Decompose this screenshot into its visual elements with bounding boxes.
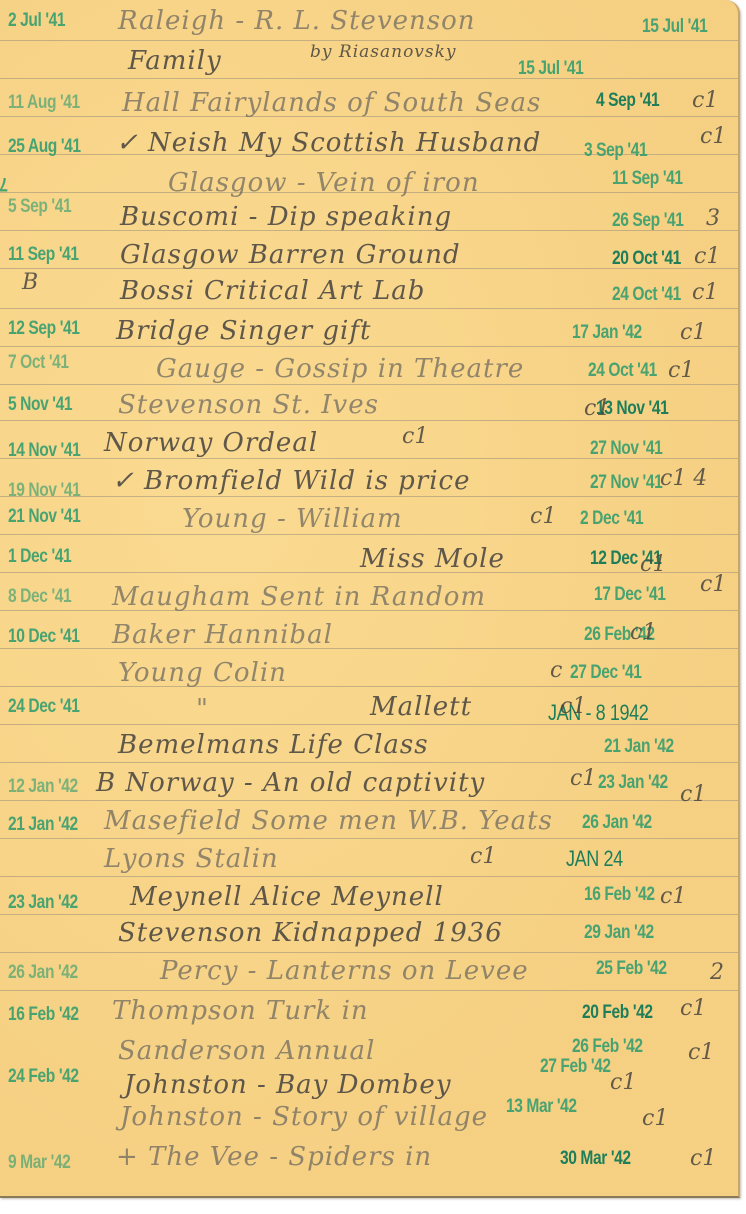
ruled-line [0,800,738,801]
due-date-stamp-right: 17 Jan '42 [572,322,642,344]
copy-mark: c1 [668,358,694,383]
copy-mark: c1 [560,694,586,719]
copy-mark: c1 [700,124,726,149]
book-entry: Percy - Lanterns on Levee [160,956,529,986]
copy-mark: 2 [710,960,724,985]
due-date-stamp-right: 20 Feb '42 [582,1002,653,1024]
copy-mark: c1 [680,996,706,1021]
book-entry: Masefield Some men W.B. Yeats [104,806,553,836]
due-date-stamp-left: 10 Dec '41 [8,626,80,648]
due-date-stamp-left: 12 Sep '41 [8,318,80,340]
copy-mark: c1 [640,552,666,577]
ruled-line [0,838,738,839]
book-entry: Norway Ordeal [104,428,318,458]
book-entry: Young Colin [118,658,287,688]
due-date-stamp-left: 23 Jan '42 [8,892,78,914]
due-date-stamp-left: 16 Feb '42 [8,1004,79,1026]
ruled-line [0,876,738,877]
book-entry: Stevenson St. Ives [118,390,379,420]
due-date-stamp-left: 21 Jan '42 [8,814,78,836]
due-date-stamp-right: 4 Sep '41 [596,90,659,112]
due-date-stamp-right: 29 Jan '42 [584,922,654,944]
copy-mark: 3 [706,206,720,231]
book-entry: Gauge - Gossip in Theatre [156,354,524,384]
ruled-line [0,40,738,41]
book-entry: Young - William [182,504,403,534]
copy-mark: c1 [402,424,428,449]
due-date-stamp-left: 19 Nov '41 [8,480,80,502]
due-date-stamp-left: 1 Dec '41 [8,546,71,568]
book-entry: Miss Mole [360,544,505,574]
book-entry: Glasgow Barren Ground [120,240,461,270]
copy-mark: B [22,270,38,295]
due-date-stamp-right: 26 Sep '41 [612,210,684,232]
book-entry: Bossi Critical Art Lab [120,276,425,306]
ruled-line [0,762,738,763]
due-date-stamp-right: JAN 24 [566,846,623,872]
due-date-stamp-right: 24 Oct '41 [588,360,657,382]
ruled-line [0,686,738,687]
copy-mark: c1 4 [660,466,707,491]
ruled-line [0,914,738,915]
due-date-stamp-left: 9 Mar '42 [8,1152,70,1174]
due-date-stamp-right: 26 Jan '42 [582,812,652,834]
copy-mark: c [550,658,562,683]
book-entry: Glasgow - Vein of iron [168,168,480,198]
copy-mark: c1 [642,1106,668,1131]
ruled-line [0,78,738,79]
ruled-line [0,990,738,991]
book-entry: Buscomi - Dip speaking [120,202,452,232]
due-date-stamp-right: 21 Jan '42 [604,736,674,758]
copy-mark: c1 [692,88,718,113]
due-date-stamp-right: 24 Oct '41 [612,284,681,306]
due-date-stamp-right: 26 Feb '42 [572,1036,643,1058]
due-date-stamp-right: 2 Dec '41 [580,508,643,530]
ruled-line [0,308,738,309]
book-entry: Sanderson Annual [118,1036,375,1066]
due-date-stamp-right: 15 Jul '41 [642,16,707,38]
due-date-stamp-left: 14 Nov '41 [8,440,80,462]
copy-mark: c1 [700,572,726,597]
book-entry: Baker Hannibal [112,620,333,650]
due-date-stamp-left: 7 Oct '41 [8,352,69,374]
due-date-stamp-right: 27 Nov '41 [590,472,662,494]
book-entry: B Norway - An old captivity [96,768,485,798]
copy-mark: c1 [584,396,610,421]
copy-mark: c1 [630,620,656,645]
book-entry: Mallett [370,692,472,722]
copy-mark: c1 [530,504,556,529]
book-entry: ✓ Neish My Scottish Husband [116,128,541,158]
due-date-stamp-right: 11 Sep '41 [612,168,683,190]
book-entry: Johnston - Story of village [120,1102,488,1132]
ruled-line [0,346,738,347]
due-date-stamp-left: 8 Dec '41 [8,586,71,608]
due-date-stamp-right: 27 Feb '42 [540,1056,611,1078]
book-entry: Family [128,46,222,76]
ruled-line [0,384,738,385]
book-entry: Johnston - Bay Dombey [124,1070,452,1100]
copy-mark: c1 [688,1040,714,1065]
book-entry: Lyons Stalin [104,844,279,874]
circulation-card: 2 Jul '4111 Aug '4125 Aug '417 Sep '415 … [0,0,740,1198]
book-entry: Meynell Alice Meynell [130,882,444,912]
book-entry: " [196,694,209,724]
due-date-stamp-left: 11 Aug '41 [8,92,80,114]
book-entry: Thompson Turk in [112,996,369,1026]
due-date-stamp-left: 24 Feb '42 [8,1066,79,1088]
ruled-line [0,952,738,953]
due-date-stamp-right: 13 Mar '42 [506,1096,577,1118]
book-entry: + The Vee - Spiders in [116,1142,432,1172]
copy-mark: c1 [680,782,706,807]
due-date-stamp-right: 16 Feb '42 [584,884,655,906]
book-entry: Bridge Singer gift [116,316,371,346]
due-date-stamp-left: 2 Jul '41 [8,10,65,32]
ruled-line [0,648,738,649]
due-date-stamp-left: 21 Nov '41 [8,506,80,528]
book-entry: by Riasanovsky [310,42,457,62]
copy-mark: c1 [610,1070,636,1095]
due-date-stamp-right: 3 Sep '41 [584,140,647,162]
due-date-stamp-right: 20 Oct '41 [612,248,681,270]
copy-mark: c1 [694,244,720,269]
copy-mark: c1 [690,1146,716,1171]
due-date-stamp-left: 12 Jan '42 [8,776,78,798]
ruled-line [0,420,738,421]
copy-mark: c1 [660,884,686,909]
copy-mark: c1 [570,766,596,791]
due-date-stamp-right: 30 Mar '42 [560,1148,631,1170]
copy-mark: c1 [470,844,496,869]
ruled-line [0,496,738,497]
due-date-stamp-left: 25 Aug '41 [8,136,81,158]
copy-mark: c1 [692,280,718,305]
due-date-stamp-left: 5 Nov '41 [8,394,72,416]
due-date-stamp-right: 17 Dec '41 [594,584,666,606]
due-date-stamp-right: 27 Dec '41 [570,662,642,684]
due-date-stamp-left: 7 Sep '41 [0,172,8,194]
due-date-stamp-right: 23 Jan '42 [598,772,668,794]
due-date-stamp-right: 27 Nov '41 [590,438,662,460]
book-entry: ✓ Bromfield Wild is price [112,466,471,496]
due-date-stamp-left: 24 Dec '41 [8,696,80,718]
book-entry: Raleigh - R. L. Stevenson [118,6,476,36]
due-date-stamp-left: 26 Jan '42 [8,962,78,984]
copy-mark: c1 [680,320,706,345]
book-entry: Bemelmans Life Class [118,730,429,760]
book-entry: Maugham Sent in Random [112,582,486,612]
book-entry: Hall Fairylands of South Seas [122,88,541,118]
ruled-line [0,534,738,535]
due-date-stamp-right: 15 Jul '41 [518,58,583,80]
due-date-stamp-right: 25 Feb '42 [596,958,667,980]
due-date-stamp-left: 5 Sep '41 [8,196,71,218]
book-entry: Stevenson Kidnapped 1936 [118,918,503,948]
due-date-stamp-left: 11 Sep '41 [8,244,79,266]
